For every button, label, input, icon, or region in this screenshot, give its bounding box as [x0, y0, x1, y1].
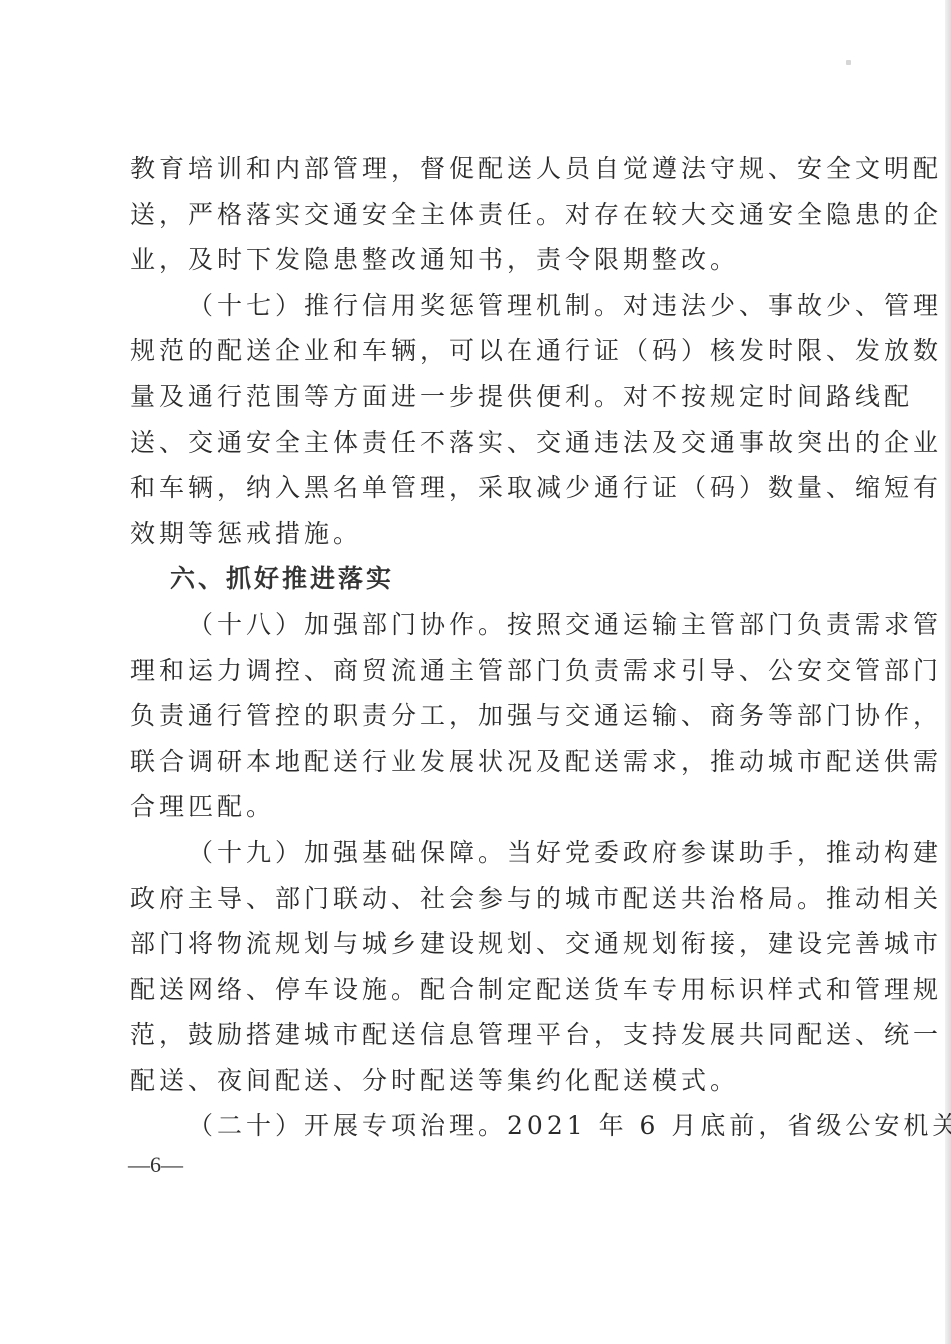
paragraph-16-continued: 教育培训和内部管理，督促配送人员自觉遵法守规、安全文明配 送，严格落实交通安全主… — [130, 146, 828, 283]
text-line: （十九）加强基础保障。当好党委政府参谋助手，推动构建 — [130, 830, 828, 876]
text-line: 教育培训和内部管理，督促配送人员自觉遵法守规、安全文明配 — [130, 146, 828, 192]
text-line: 和车辆，纳入黑名单管理，采取减少通行证（码）数量、缩短有 — [130, 465, 828, 511]
section-heading: 六、抓好推进落实 — [130, 556, 828, 602]
text-line: 业，及时下发隐患整改通知书，责令限期整改。 — [130, 237, 828, 283]
text-line: 配送网络、停车设施。配合制定配送货车专用标识样式和管理规 — [130, 967, 828, 1013]
paragraph-18: （十八）加强部门协作。按照交通运输主管部门负责需求管 理和运力调控、商贸流通主管… — [130, 602, 828, 830]
paragraph-20: （二十）开展专项治理。2021 年 6 月底前，省级公安机关 — [130, 1103, 828, 1149]
text-line: 范，鼓励搭建城市配送信息管理平台，支持发展共同配送、统一 — [130, 1012, 828, 1058]
text-line: （十七）推行信用奖惩管理机制。对违法少、事故少、管理 — [130, 283, 828, 329]
text-line: 政府主导、部门联动、社会参与的城市配送共治格局。推动相关 — [130, 876, 828, 922]
text-line: 送、交通安全主体责任不落实、交通违法及交通事故突出的企业 — [130, 420, 828, 466]
text-line: 配送、夜间配送、分时配送等集约化配送模式。 — [130, 1058, 828, 1104]
text-line: 规范的配送企业和车辆，可以在通行证（码）核发时限、发放数 — [130, 328, 828, 374]
text-line: 联合调研本地配送行业发展状况及配送需求，推动城市配送供需 — [130, 739, 828, 785]
page-number: —6— — [128, 1152, 183, 1178]
document-page-body: 教育培训和内部管理，督促配送人员自觉遵法守规、安全文明配 送，严格落实交通安全主… — [130, 146, 828, 1149]
text-line: 理和运力调控、商贸流通主管部门负责需求引导、公安交管部门 — [130, 648, 828, 694]
paragraph-17: （十七）推行信用奖惩管理机制。对违法少、事故少、管理 规范的配送企业和车辆，可以… — [130, 283, 828, 557]
text-line: 负责通行管控的职责分工，加强与交通运输、商务等部门协作， — [130, 693, 828, 739]
text-line: 部门将物流规划与城乡建设规划、交通规划衔接，建设完善城市 — [130, 921, 828, 967]
paragraph-19: （十九）加强基础保障。当好党委政府参谋助手，推动构建 政府主导、部门联动、社会参… — [130, 830, 828, 1104]
text-line: 合理匹配。 — [130, 784, 828, 830]
text-line: 效期等惩戒措施。 — [130, 511, 828, 557]
text-line: （十八）加强部门协作。按照交通运输主管部门负责需求管 — [130, 602, 828, 648]
scan-edge-strip — [945, 0, 951, 1344]
text-line: （二十）开展专项治理。2021 年 6 月底前，省级公安机关 — [130, 1103, 828, 1149]
text-line: 送，严格落实交通安全主体责任。对存在较大交通安全隐患的企 — [130, 192, 828, 238]
scan-speck — [846, 60, 851, 65]
text-line: 量及通行范围等方面进一步提供便利。对不按规定时间路线配 — [130, 374, 828, 420]
